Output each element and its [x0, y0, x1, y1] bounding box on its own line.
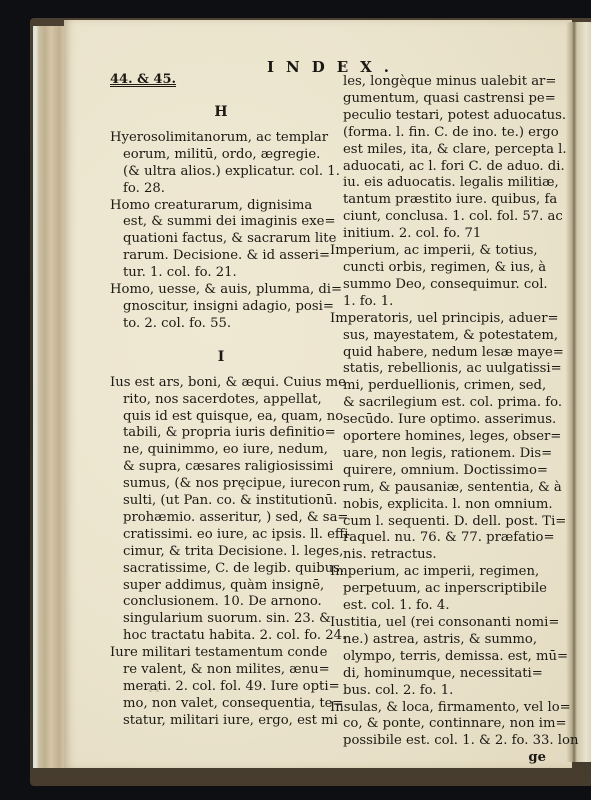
entry-line: & supra, cæsares raligiosissimi — [110, 459, 332, 476]
index-entry: Imperium, ac imperii, & totius,cuncti or… — [330, 243, 556, 311]
book-gutter — [566, 22, 591, 762]
entry-line: est miles, ita, & clare, percepta l. — [330, 142, 556, 159]
signature-mark: 44. & 45. — [110, 72, 176, 87]
entry-line: iu. eis aduocatis. legalis militiæ, — [330, 175, 556, 192]
entry-headword-line: Hyerosolimitanorum, ac templar — [110, 130, 332, 147]
index-entry: Imperatoris, uel principis, aduer=sus, m… — [330, 311, 556, 565]
entry-line: super addimus, quàm insignē, — [110, 578, 332, 595]
entry-line: raquel. nu. 76. & 77. præfatio= — [330, 530, 556, 547]
catchword: ge — [330, 750, 556, 767]
index-entry: Homo creaturarum, dignisimaest, & summi … — [110, 198, 332, 283]
entry-line: peculio testari, potest aduocatus. — [330, 108, 556, 125]
entry-line: (forma. l. fin. C. de ino. te.) ergo — [330, 125, 556, 142]
entry-line: re valent, & non milites, ænu= — [110, 662, 332, 679]
entry-line: sus, mayestatem, & potestatem, — [330, 328, 556, 345]
page-stack-edges — [33, 26, 67, 768]
section-letter-h: H — [110, 104, 332, 121]
entry-line: eorum, militū, ordo, ægregie. — [110, 147, 332, 164]
entry-line: 1. fo. 1. — [330, 294, 556, 311]
entry-line: conclusionem. 10. De arnono. — [110, 594, 332, 611]
entry-line: uare, non legis, rationem. Dis= — [330, 446, 556, 463]
entry-line: tantum præstito iure. quibus, fa — [330, 192, 556, 209]
entry-headword-line: Imperium, ac imperii, regimen, — [330, 564, 556, 581]
entry-headword-line: Imperium, ac imperii, & totius, — [330, 243, 556, 260]
entry-line: est. col. 1. fo. 4. — [330, 598, 556, 615]
entry-line: to. 2. col. fo. 55. — [110, 316, 332, 333]
index-entry: Iure militari testamentum condere valent… — [110, 645, 332, 730]
entry-line: nis. retractus. — [330, 547, 556, 564]
index-entry: Imperium, ac imperii, regimen,perpetuum,… — [330, 564, 556, 615]
entry-line: cum l. sequenti. D. dell. post. Ti= — [330, 514, 556, 531]
entry-line: olympo, terris, demissa. est, mū= — [330, 649, 556, 666]
entry-line: merati. 2. col. fol. 49. Iure opti= — [110, 679, 332, 696]
entry-headword-line: Iustitia, uel (rei consonanti nomi= — [330, 615, 556, 632]
section-letter-i: I — [110, 349, 332, 366]
right-column: les, longèque minus ualebit ar=gumentum,… — [330, 74, 556, 767]
index-entry: Iustitia, uel (rei consonanti nomi=ne.) … — [330, 615, 556, 700]
index-entry: les, longèque minus ualebit ar=gumentum,… — [330, 74, 556, 243]
right-column-entries: les, longèque minus ualebit ar=gumentum,… — [330, 74, 556, 750]
entry-line: tur. 1. col. fo. 21. — [110, 265, 332, 282]
entry-line: sulti, (ut Pan. co. & institutionū. — [110, 493, 332, 510]
entry-line: gumentum, quasi castrensi pe= — [330, 91, 556, 108]
entry-line: aduocati, ac l. fori C. de aduo. di. — [330, 159, 556, 176]
entry-line: possibile est. col. 1. & 2. fo. 33. lon — [330, 733, 556, 750]
entry-line: quid habere, nedum lesæ maye= — [330, 345, 556, 362]
entry-line: initium. 2. col. fo. 71 — [330, 226, 556, 243]
entry-line: statis, rebellionis, ac uulgatissi= — [330, 361, 556, 378]
section-i-entries: Ius est ars, boni, & æqui. Cuius merito,… — [110, 375, 332, 730]
entry-line: hoc tractatu habita. 2. col. fo. 24. — [110, 628, 332, 645]
entry-line: nobis, explicita. l. non omnium. — [330, 497, 556, 514]
entry-line: les, longèque minus ualebit ar= — [330, 74, 556, 91]
entry-line: est, & summi dei imaginis exe= — [110, 214, 332, 231]
entry-line: ne, quinimmo, eo iure, nedum, — [110, 442, 332, 459]
section-h-entries: Hyerosolimitanorum, ac templareorum, mil… — [110, 130, 332, 333]
entry-headword-line: Iure militari testamentum conde — [110, 645, 332, 662]
entry-line: statur, militari iure, ergo, est mi — [110, 713, 332, 730]
entry-line: ciunt, conclusa. 1. col. fol. 57. ac — [330, 209, 556, 226]
entry-line: gnoscitur, insigni adagio, posi= — [110, 299, 332, 316]
entry-line: secūdo. Iure optimo. asserimus. — [330, 412, 556, 429]
entry-line: quationi factus, & sacrarum lite — [110, 231, 332, 248]
entry-line: & sacrilegium est. col. prima. fo. — [330, 395, 556, 412]
entry-line: singularium suorum. sin. 23. & — [110, 611, 332, 628]
entry-headword-line: Homo creaturarum, dignisima — [110, 198, 332, 215]
entry-line: fo. 28. — [110, 181, 332, 198]
entry-line: rum, & pausaniæ, sententia, & à — [330, 480, 556, 497]
entry-line: quirere, omnium. Doctissimo= — [330, 463, 556, 480]
entry-line: (& ultra alios.) explicatur. col. 1. — [110, 164, 332, 181]
entry-line: co, & ponte, continnare, non im= — [330, 716, 556, 733]
entry-line: cimur, & trita Decisione. l. leges, — [110, 544, 332, 561]
entry-line: mi, perduellionis, crimen, sed, — [330, 378, 556, 395]
index-entry: Hyerosolimitanorum, ac templareorum, mil… — [110, 130, 332, 198]
entry-headword-line: Homo, uesse, & auis, plumma, di= — [110, 282, 332, 299]
left-column: H Hyerosolimitanorum, ac templareorum, m… — [110, 98, 332, 730]
entry-line: tabili, & propria iuris definitio= — [110, 425, 332, 442]
index-entry: Ius est ars, boni, & æqui. Cuius merito,… — [110, 375, 332, 646]
entry-line: prohæmio. asseritur, ) sed, & sa= — [110, 510, 332, 527]
entry-headword-line: Imperatoris, uel principis, aduer= — [330, 311, 556, 328]
entry-line: perpetuum, ac inperscriptibile — [330, 581, 556, 598]
entry-headword-line: Insulas, & loca, firmamento, vel lo= — [330, 700, 556, 717]
entry-line: bus. col. 2. fo. 1. — [330, 683, 556, 700]
entry-line: rito, nos sacerdotes, appellat, — [110, 392, 332, 409]
entry-line: ne.) astrea, astris, & summo, — [330, 632, 556, 649]
entry-line: cratissimi. eo iure, ac ipsis. ll. effi — [110, 527, 332, 544]
entry-line: di, hominumque, necessitati= — [330, 666, 556, 683]
entry-line: sacratissime, C. de legib. quibus. — [110, 561, 332, 578]
entry-line: cuncti orbis, regimen, & ius, à — [330, 260, 556, 277]
entry-line: mo, non valet, consequentia, te= — [110, 696, 332, 713]
entry-line: rarum. Decisione. & id asseri= — [110, 248, 332, 265]
entry-headword-line: Ius est ars, boni, & æqui. Cuius me — [110, 375, 332, 392]
index-entry: Homo, uesse, & auis, plumma, di=gnoscitu… — [110, 282, 332, 333]
entry-line: sumus, (& nos pręcipue, iurecon — [110, 476, 332, 493]
index-entry: Insulas, & loca, firmamento, vel lo=co, … — [330, 700, 556, 751]
entry-line: summo Deo, consequimur. col. — [330, 277, 556, 294]
entry-line: oportere homines, leges, obser= — [330, 429, 556, 446]
entry-line: quis id est quisque, ea, quam, no — [110, 409, 332, 426]
